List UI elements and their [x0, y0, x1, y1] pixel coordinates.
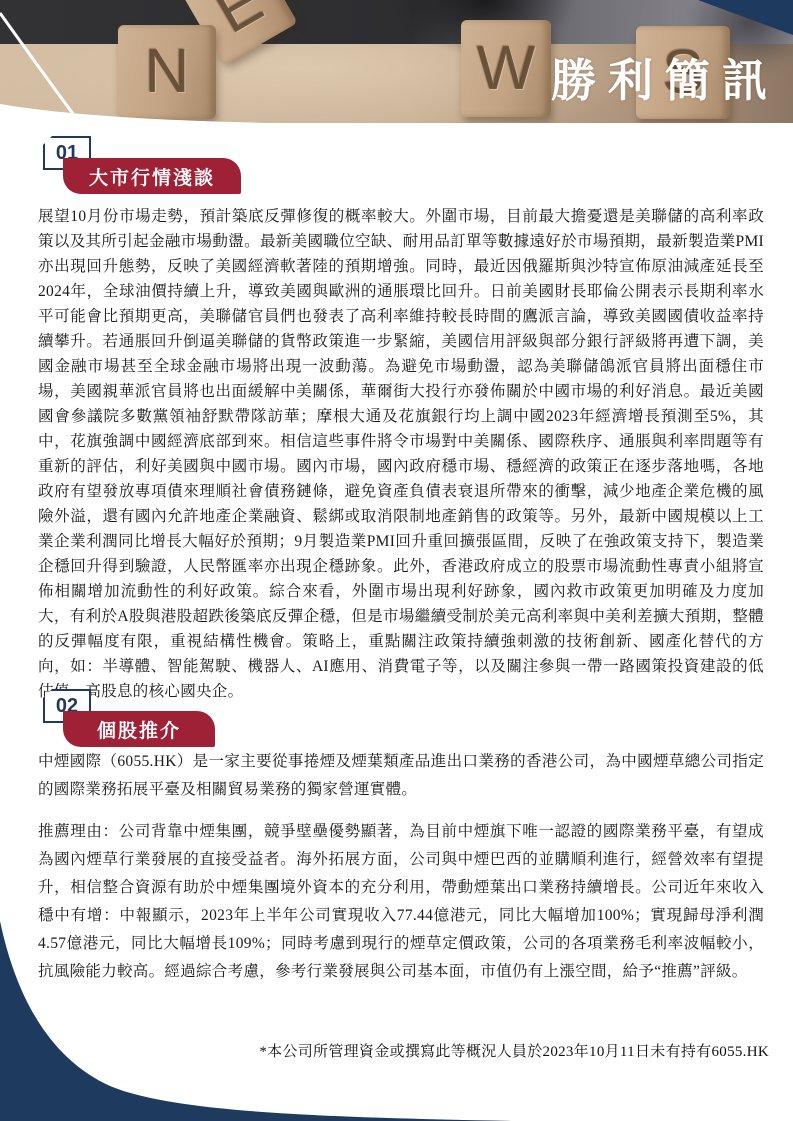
newsletter-title: 勝利簡訊: [551, 58, 779, 103]
section-1-paragraph: 展望10月份市場走勢，預計築底反彈修復的概率較大。外圍市場，目前最大擔憂還是美聯…: [38, 204, 764, 704]
section-1-badge: 大市行情淺談: [63, 158, 241, 194]
bottom-corner-accent: [0, 921, 520, 1121]
header-photo: E N W S 勝利簡訊: [0, 0, 793, 123]
newsletter-page: E N W S 勝利簡訊 01 大市行情淺談 展望10月份市場走勢，預計築底反彈…: [0, 0, 793, 1121]
section-2-badge: 個股推介: [63, 711, 215, 747]
section-2-intro-paragraph: 中煙國際（6055.HK）是一家主要從事捲煙及煙葉類產品進出口業務的香港公司，為…: [38, 748, 764, 804]
